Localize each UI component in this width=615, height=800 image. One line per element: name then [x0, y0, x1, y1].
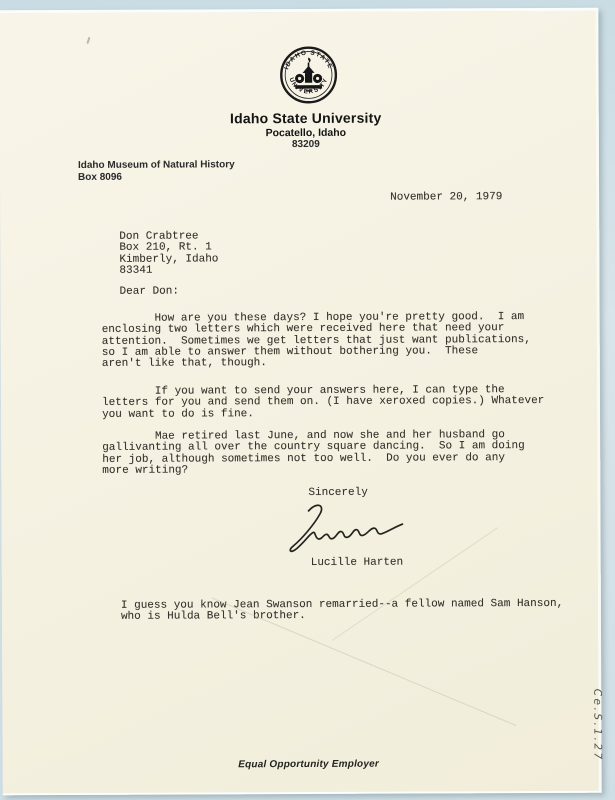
- university-seal-icon: IDAHO STATE UNIVERSITY: [278, 45, 338, 105]
- recipient-address: Don Crabtree Box 210, Rt. 1 Kimberly, Id…: [119, 231, 218, 277]
- body-paragraph-1: How are you these days? I hope you're pr…: [102, 312, 531, 370]
- handwritten-signature: [278, 495, 413, 558]
- letter-date: November 20, 1979: [390, 192, 502, 204]
- sender-department-address: Idaho Museum of Natural History Box 8096: [78, 159, 235, 183]
- letterhead-university-name: Idaho State University: [146, 109, 466, 126]
- scanned-letter-page: IDAHO STATE UNIVERSITY Idaho State Unive…: [0, 8, 602, 796]
- typed-signature-name: Lucille Harten: [311, 558, 403, 570]
- seal-torch-emblem-icon: [295, 58, 322, 92]
- letterhead-zip: 83209: [146, 138, 466, 150]
- salutation: Dear Don:: [119, 287, 178, 299]
- paper-smudge: [86, 37, 90, 44]
- body-paragraph-3: Mae retired last June, and now she and h…: [102, 430, 525, 477]
- postscript: I guess you know Jean Swanson remarried-…: [121, 599, 563, 624]
- equal-opportunity-footer: Equal Opportunity Employer: [149, 758, 469, 770]
- body-paragraph-2: If you want to send your answers here, I…: [102, 385, 544, 421]
- handwritten-catalog-number: Ce.S.1.27: [591, 689, 603, 762]
